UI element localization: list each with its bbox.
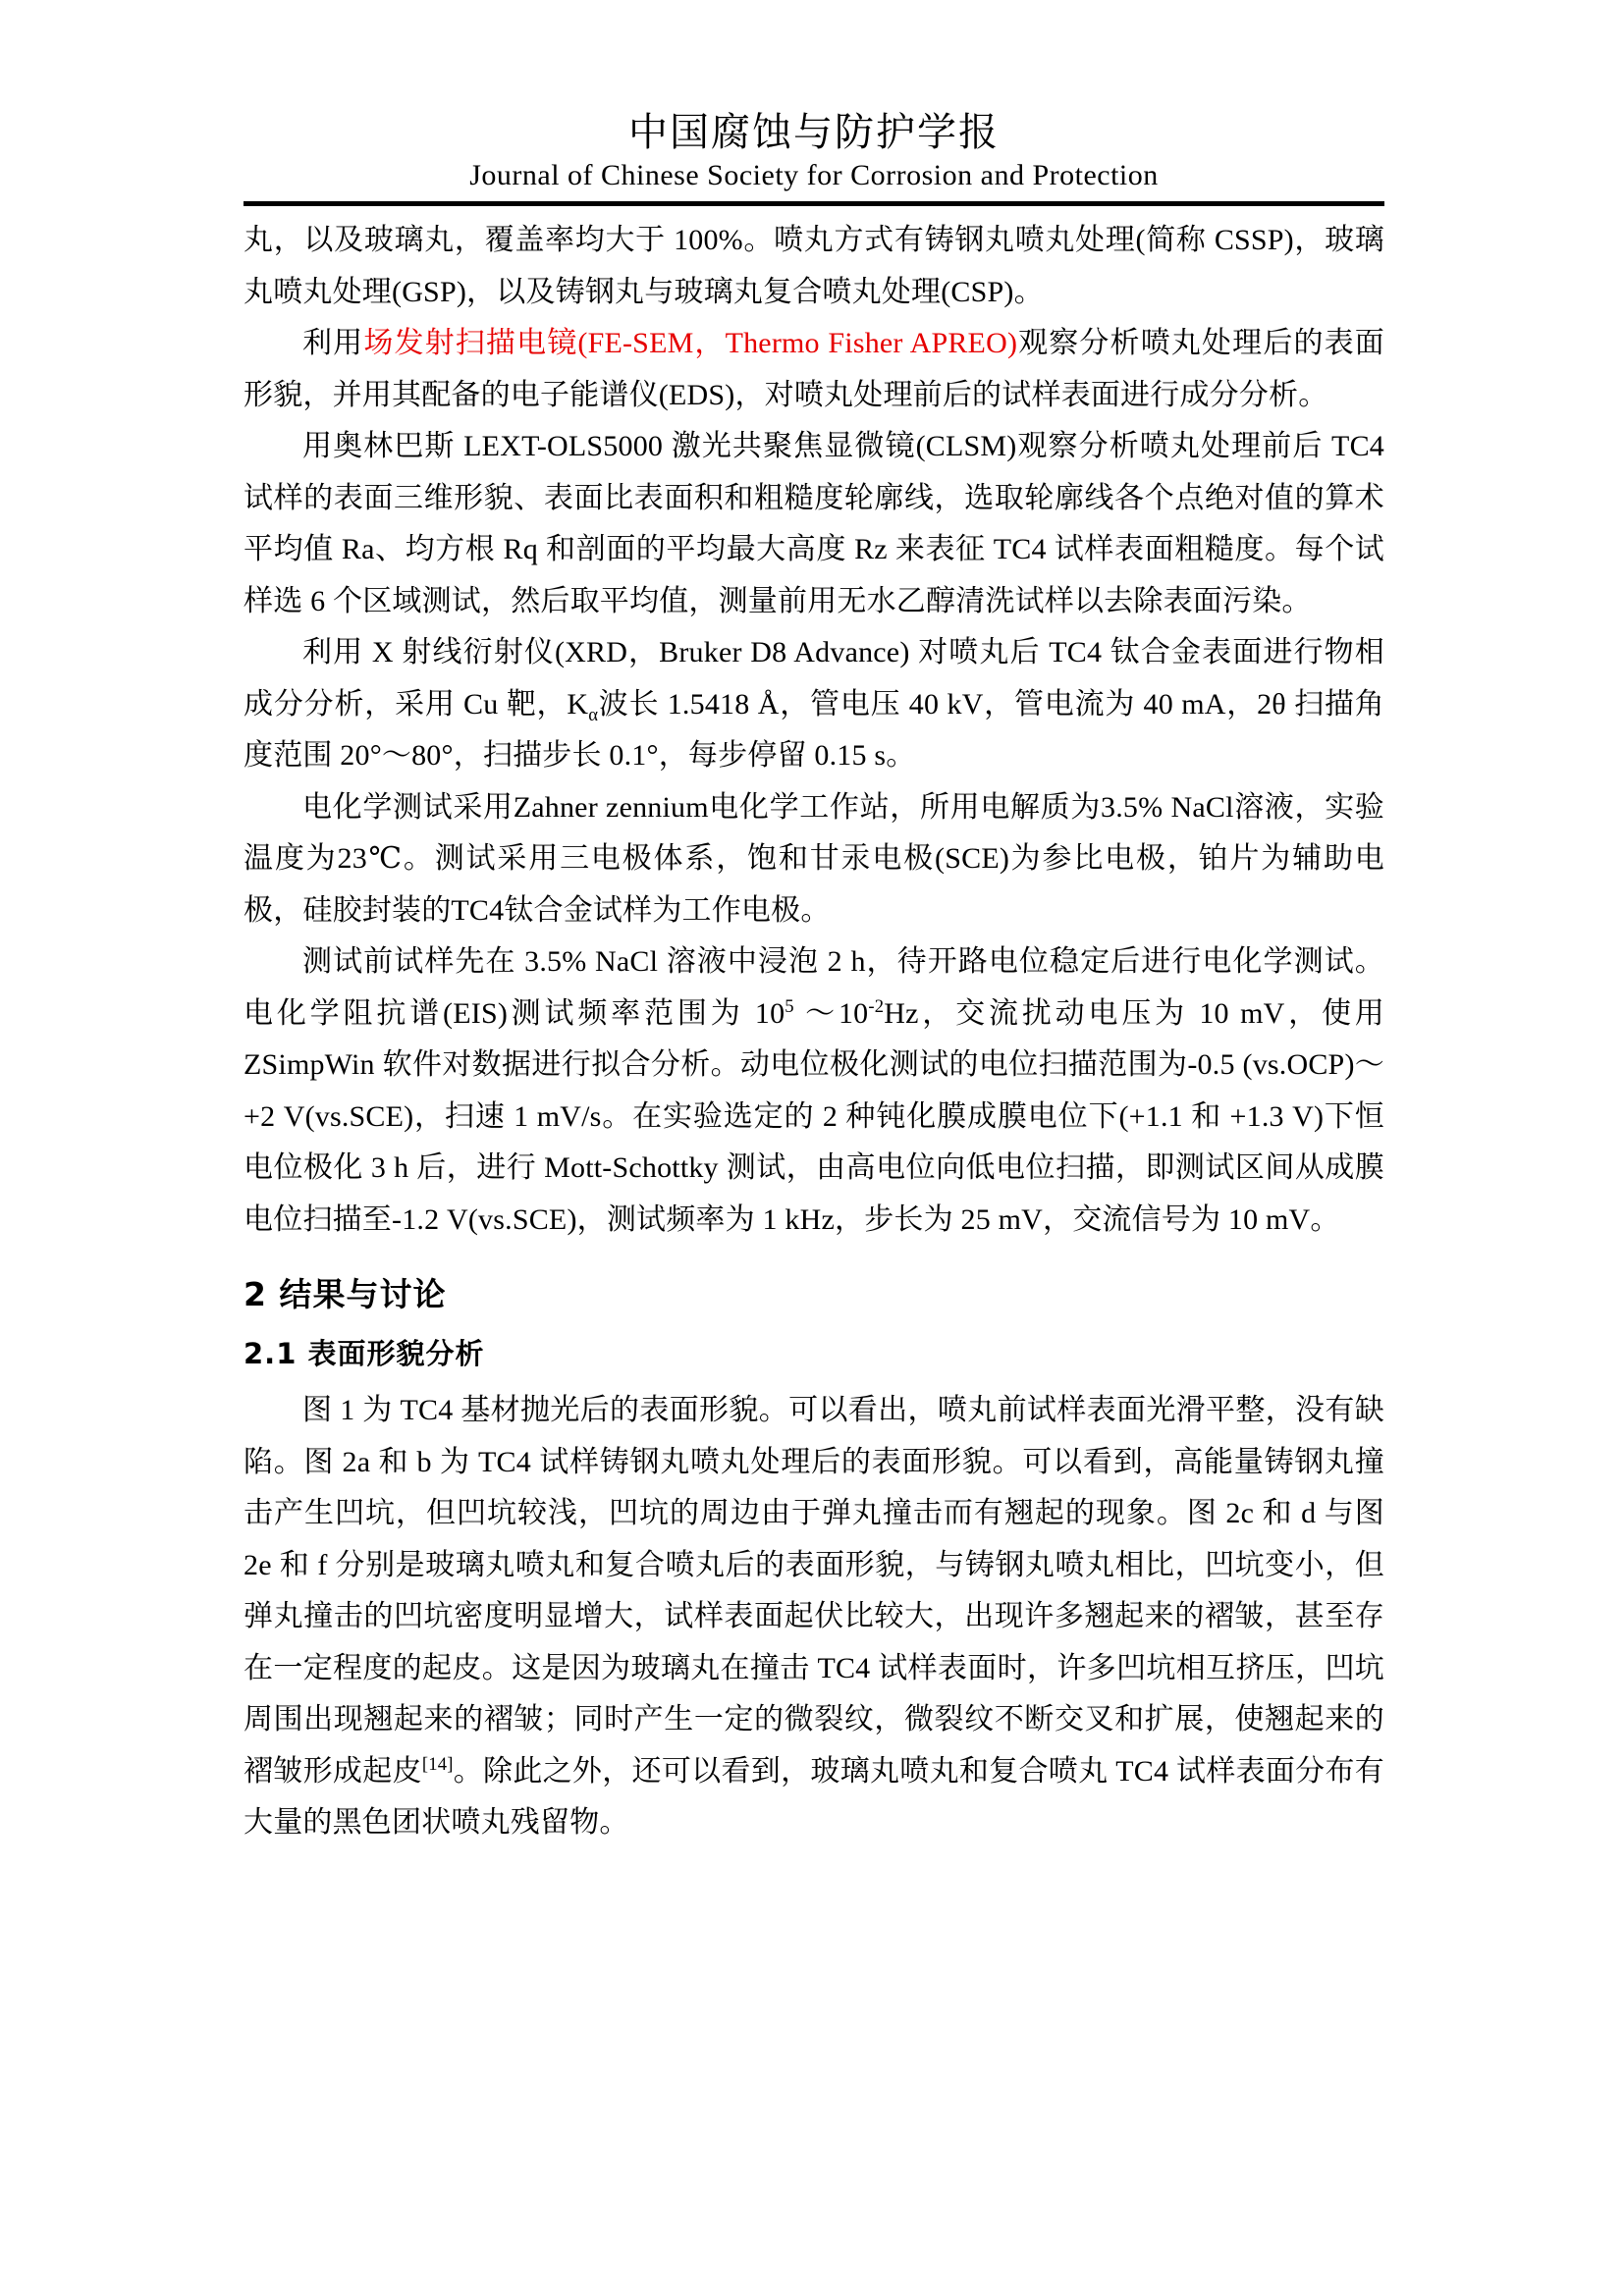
paragraph: 测试前试样先在 3.5% NaCl 溶液中浸泡 2 h，待开路电位稳定后进行电化… bbox=[244, 936, 1384, 1246]
text-run: Hz，交流扰动电压为 10 mV，使用 ZSimpWin 软件对数据进行拟合分析… bbox=[244, 997, 1384, 1236]
text-run: ～10 bbox=[794, 997, 869, 1030]
text-run: 图 1 为 TC4 基材抛光后的表面形貌。可以看出，喷丸前试样表面光滑平整，没有… bbox=[244, 1394, 1384, 1788]
text-run-sub: α bbox=[588, 705, 598, 725]
text-run-sup: 5 bbox=[785, 996, 794, 1017]
document-body: 丸，以及玻璃丸，覆盖率均大于 100%。喷丸方式有铸钢丸喷丸处理(简称 CSSP… bbox=[244, 215, 1384, 1849]
page-content: 中国腐蚀与防护学报 Journal of Chinese Society for… bbox=[244, 0, 1384, 1849]
text-run: 电化学测试采用Zahner zennium电化学工作站，所用电解质为3.5% N… bbox=[244, 791, 1384, 927]
text-run-sup: -2 bbox=[868, 996, 884, 1017]
paragraph: 电化学测试采用Zahner zennium电化学工作站，所用电解质为3.5% N… bbox=[244, 782, 1384, 937]
journal-header: 中国腐蚀与防护学报 Journal of Chinese Society for… bbox=[244, 0, 1384, 206]
paragraph: 丸，以及玻璃丸，覆盖率均大于 100%。喷丸方式有铸钢丸喷丸处理(简称 CSSP… bbox=[244, 215, 1384, 318]
text-run: 利用 bbox=[302, 327, 363, 359]
subsection-heading: 2.1 表面形貌分析 bbox=[244, 1334, 1384, 1373]
paragraph: 用奥林巴斯 LEXT-OLS5000 激光共聚焦显微镜(CLSM)观察分析喷丸处… bbox=[244, 421, 1384, 627]
paragraph: 利用场发射扫描电镜(FE-SEM，Thermo Fisher APREO)观察分… bbox=[244, 318, 1384, 421]
text-run: 丸，以及玻璃丸，覆盖率均大于 100%。喷丸方式有铸钢丸喷丸处理(简称 CSSP… bbox=[244, 224, 1384, 308]
paper-page: 中国腐蚀与防护学报 Journal of Chinese Society for… bbox=[0, 0, 1624, 2296]
text-run: 用奥林巴斯 LEXT-OLS5000 激光共聚焦显微镜(CLSM)观察分析喷丸处… bbox=[244, 430, 1384, 617]
text-run-sup: [14] bbox=[422, 1754, 454, 1775]
header-rule bbox=[244, 201, 1384, 206]
section-heading: 2 结果与讨论 bbox=[244, 1273, 1384, 1316]
text-run-red: 场发射扫描电镜(FE-SEM，Thermo Fisher APREO) bbox=[363, 327, 1017, 359]
journal-title-zh: 中国腐蚀与防护学报 bbox=[244, 110, 1384, 155]
paragraph: 利用 X 射线衍射仪(XRD，Bruker D8 Advance) 对喷丸后 T… bbox=[244, 627, 1384, 782]
journal-title-en: Journal of Chinese Society for Corrosion… bbox=[244, 161, 1384, 190]
paragraph: 图 1 为 TC4 基材抛光后的表面形貌。可以看出，喷丸前试样表面光滑平整，没有… bbox=[244, 1385, 1384, 1849]
